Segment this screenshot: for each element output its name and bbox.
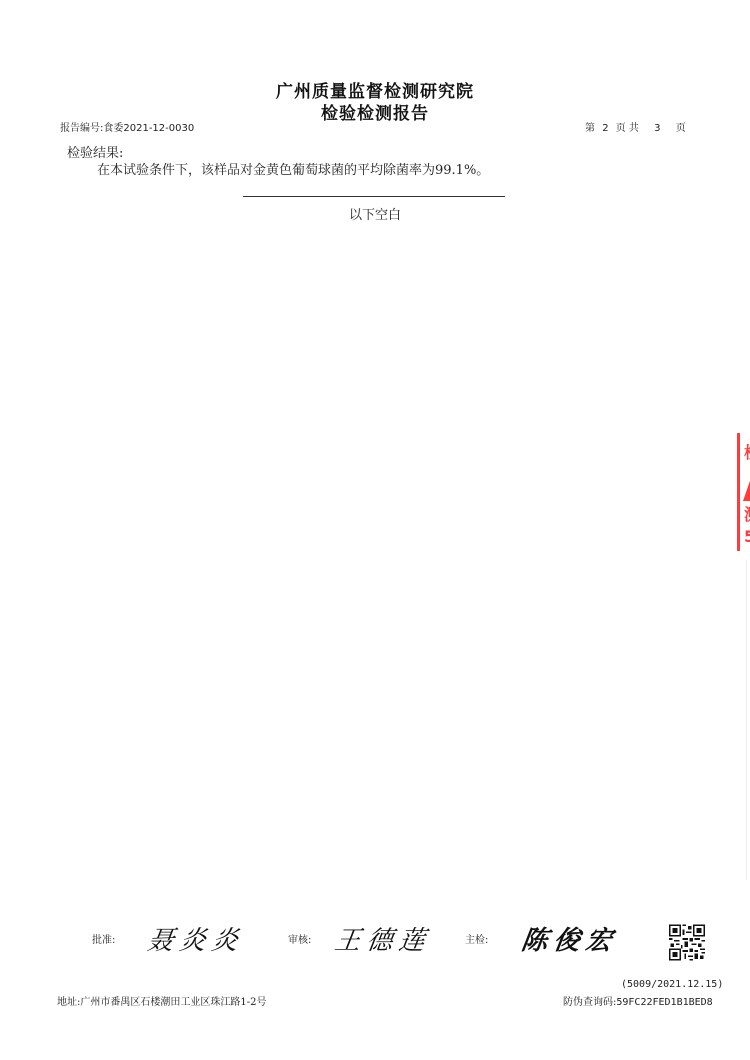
page-prefix: 第: [585, 119, 595, 134]
anti-fake-code: 59FC22FED1B1BED8: [616, 997, 712, 1008]
page-suffix: 页: [676, 119, 686, 134]
stamp-char-3: 5: [744, 527, 750, 547]
anti-fake-label: 防伪查询码:: [563, 997, 616, 1008]
report-number-label: 报告编号:: [60, 123, 103, 134]
page-total: 3: [654, 123, 660, 134]
report-number: 报告编号:食委2021-12-0030: [60, 119, 194, 134]
address-value: 广州市番禺区石楼潮田工业区珠江路1-2号: [80, 997, 266, 1008]
anti-fake-query: 防伪查询码:59FC22FED1B1BED8: [563, 993, 713, 1008]
report-number-value: 食委2021-12-0030: [103, 123, 194, 134]
page-current: 2: [602, 123, 608, 134]
address: 地址:广州市番禺区石楼潮田工业区珠江路1-2号: [57, 993, 266, 1008]
inspect-signature: 陈俊宏: [519, 920, 620, 957]
approve-signature: 聂炎炎: [145, 920, 246, 957]
star-icon: [743, 475, 750, 501]
code-date: (5009/2021.12.15): [621, 979, 723, 990]
result-text: 在本试验条件下，该样品对金黄色葡萄球菌的平均除菌率为99.1%。: [97, 159, 489, 178]
stamp-char-1: 检: [744, 443, 750, 463]
page-edge: [746, 560, 747, 880]
review-signature: 王德莲: [332, 920, 433, 957]
stamp-char-2: 测: [744, 505, 750, 525]
seal-stamp: 检 测 5: [733, 433, 750, 551]
approve-label: 批准:: [92, 931, 115, 946]
divider-line: [243, 196, 505, 197]
address-label: 地址:: [57, 997, 80, 1008]
blank-below-note: 以下空白: [0, 204, 750, 223]
qr-code-icon: [669, 924, 705, 961]
review-label: 审核:: [288, 931, 311, 946]
page-mid: 页 共: [616, 119, 639, 134]
inspect-label: 主检:: [465, 931, 488, 946]
page-indicator: 第 2 页 共 3 页: [585, 119, 686, 134]
